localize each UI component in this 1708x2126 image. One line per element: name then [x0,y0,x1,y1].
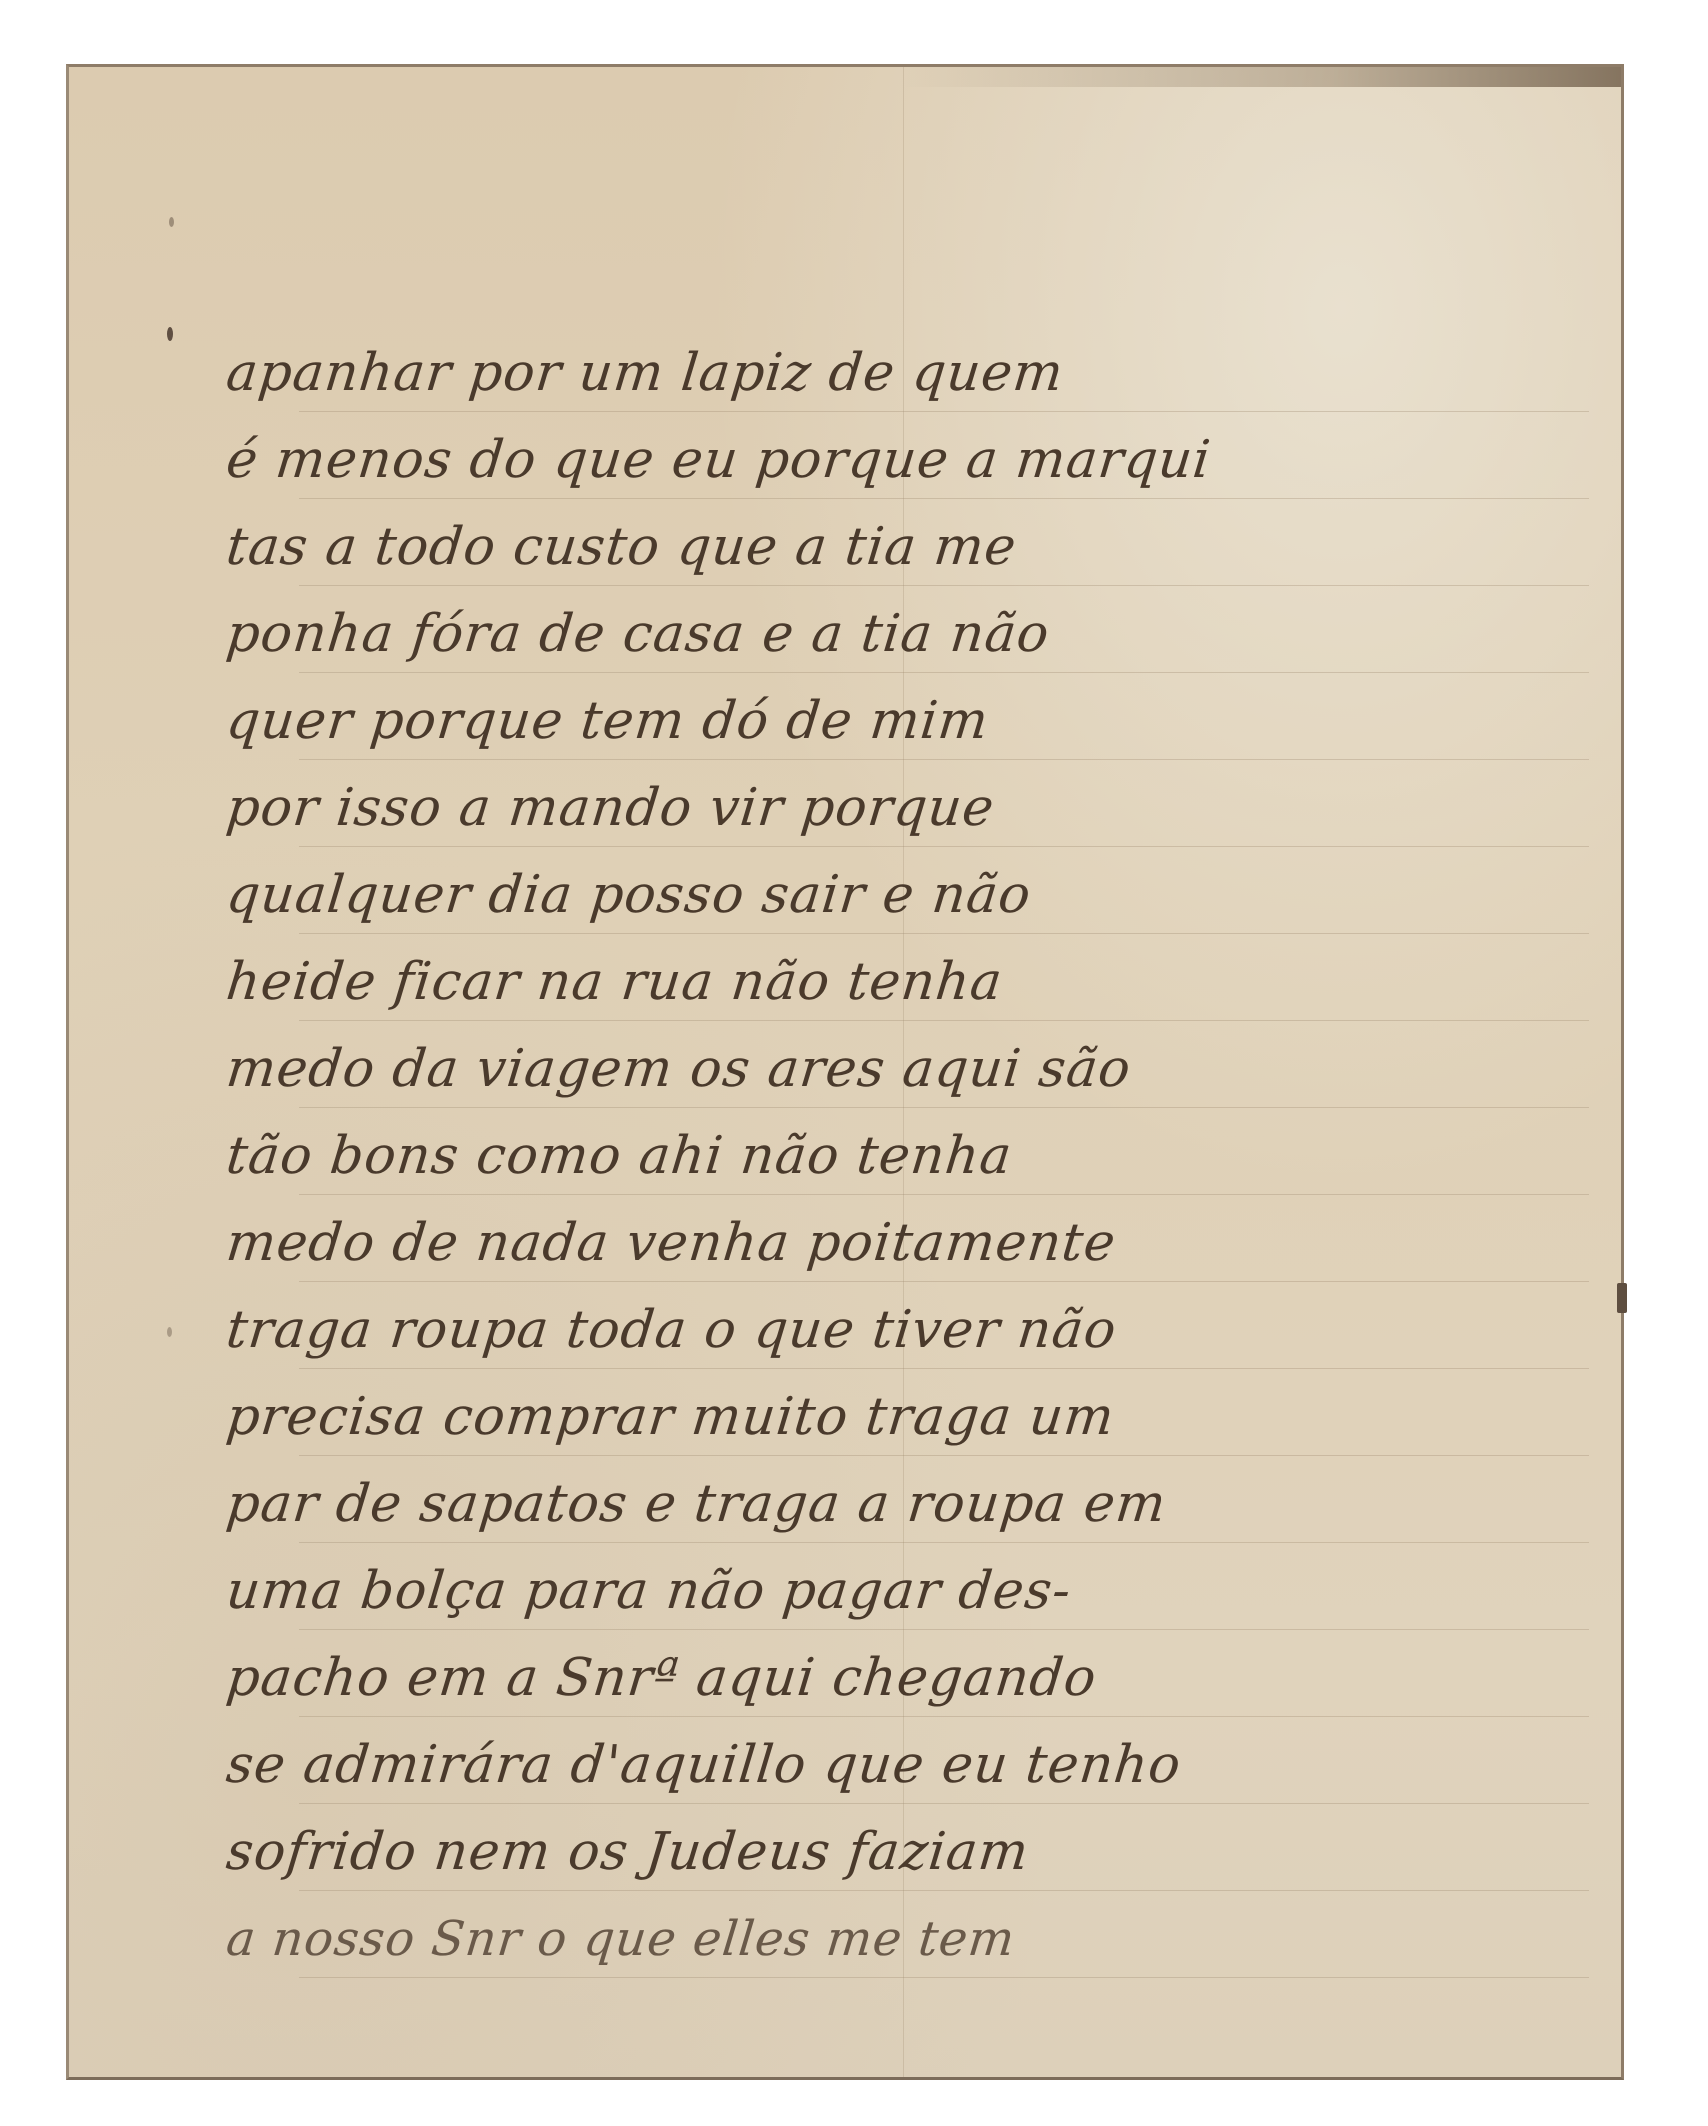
ink-spot [167,1327,172,1337]
ink-spot [167,327,173,341]
handwritten-line: uma bolça para não pagar des- [222,1548,1551,1635]
handwritten-line: par de sapatos e traga a roupa em [222,1461,1551,1548]
handwritten-line: precisa comprar muito traga um [222,1374,1551,1461]
handwritten-line: a nosso Snr o que elles me tem [222,1896,1551,1983]
handwritten-line: medo da viagem os ares aqui são [222,1026,1551,1113]
handwritten-line: quer porque tem dó de mim [222,678,1551,765]
ink-spot [169,217,174,227]
handwritten-line: se admirára d'aquillo que eu tenho [222,1722,1551,1809]
handwritten-line: por isso a mando vir porque [222,765,1551,852]
handwritten-line: medo de nada venha poitamente [222,1200,1551,1287]
handwritten-line: tas a todo custo que a tia me [222,504,1551,591]
handwritten-line: sofrido nem os Judeus faziam [222,1809,1551,1896]
handwritten-line: é menos do que eu porque a marqui [222,417,1551,504]
handwritten-line: traga roupa toda o que tiver não [222,1287,1551,1374]
paper-edge-tab [1617,1283,1627,1313]
handwritten-line: qualquer dia posso sair e não [222,852,1551,939]
handwritten-line: apanhar por um lapiz de quem [222,330,1551,417]
letter-body: apanhar por um lapiz de quem é menos do … [222,330,1542,1983]
handwritten-line: tão bons como ahi não tenha [222,1113,1551,1200]
handwritten-line: ponha fóra de casa e a tia não [222,591,1551,678]
handwritten-line: heide ficar na rua não tenha [222,939,1551,1026]
handwritten-line: pacho em a Snrª aqui chegando [222,1635,1551,1722]
